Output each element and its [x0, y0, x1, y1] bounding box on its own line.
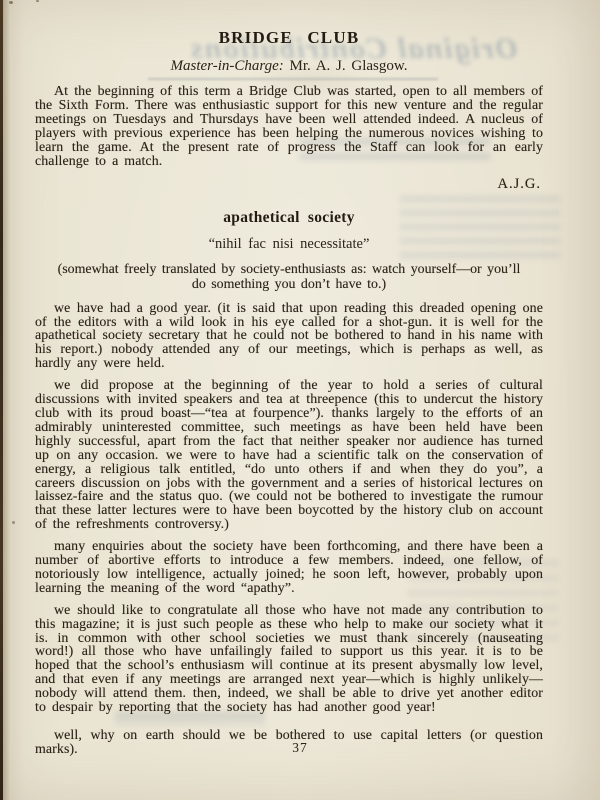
scan-speck — [12, 521, 15, 524]
scan-speck — [9, 1, 13, 4]
motto-translation: (somewhat freely translated by society-e… — [50, 263, 528, 292]
page-content: BRIDGE CLUB Master-in-Charge: Mr. A. J. … — [35, 26, 543, 765]
master-in-charge-line: Master-in-Charge: Mr. A. J. Glasgow. — [35, 58, 543, 75]
society-paragraph-2: we did propose at the beginning of the y… — [35, 379, 543, 532]
scanned-magazine-page: Original Contributions BRIDGE CLUB Maste… — [0, 0, 600, 800]
page-number: 37 — [0, 740, 600, 756]
scan-edge-gradient — [3, 0, 10, 800]
scan-speck — [36, 0, 39, 2]
bridge-club-signature: A.J.G. — [35, 176, 541, 193]
society-motto: “nihil fac nisi necessitate” — [35, 236, 543, 253]
society-paragraph-4: we should like to congratulate all those… — [35, 604, 543, 715]
bridge-club-paragraph: At the beginning of this term a Bridge C… — [35, 85, 543, 168]
master-in-charge-label: Master-in-Charge: — [171, 58, 284, 74]
apathetical-society-title: apathetical society — [35, 209, 543, 227]
society-paragraph-1: we have had a good year. (it is said tha… — [35, 302, 543, 372]
society-paragraph-3: many enquiries about the society have be… — [35, 540, 543, 596]
bridge-club-title: BRIDGE CLUB — [35, 28, 543, 48]
master-in-charge-name: Mr. A. J. Glasgow. — [290, 58, 408, 74]
